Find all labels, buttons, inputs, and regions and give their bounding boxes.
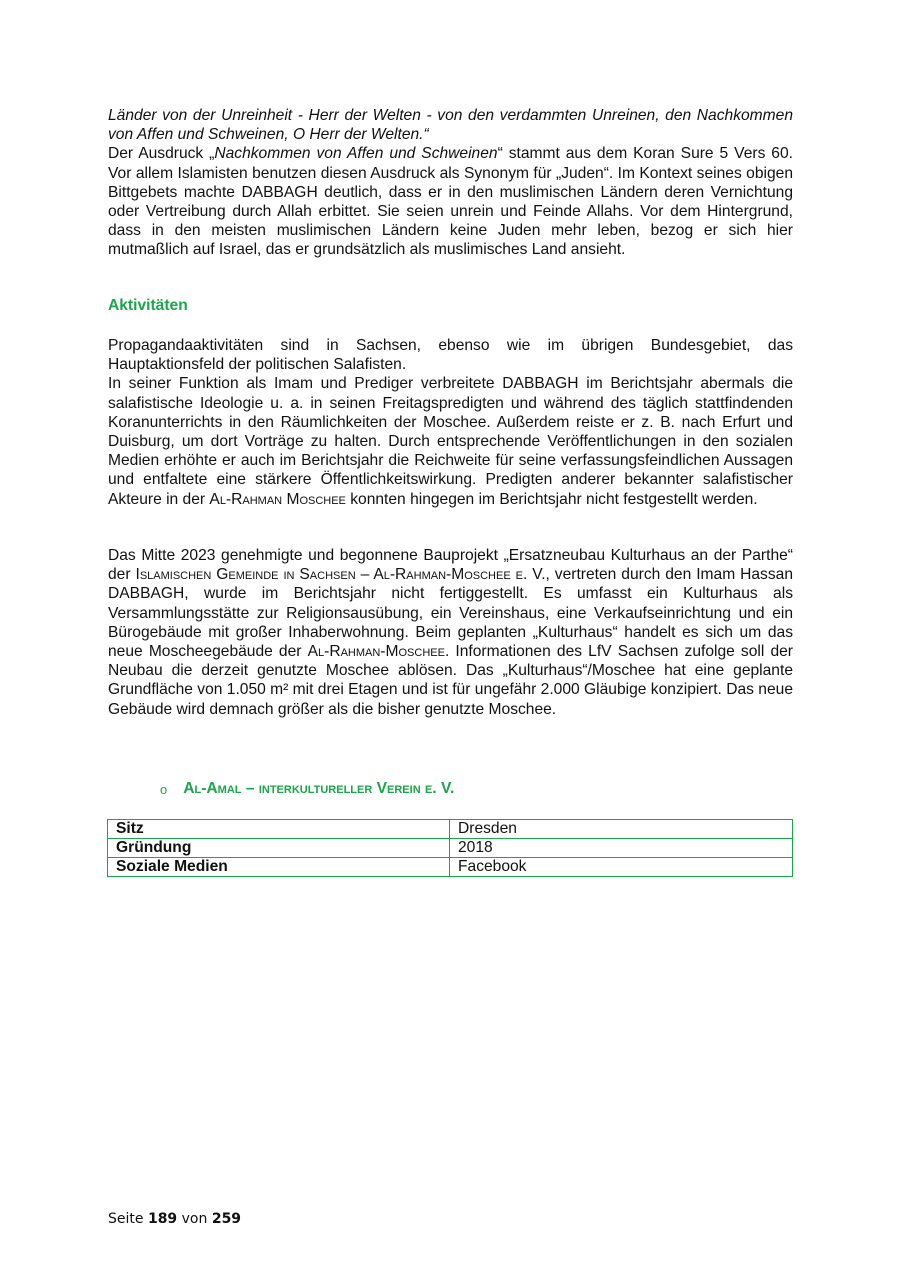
activities-paragraph-2: In seiner Funktion als Imam und Prediger… xyxy=(108,374,793,508)
activities-paragraph-1: Propagandaaktivitäten sind in Sachsen, e… xyxy=(108,336,793,374)
page-number: 189 xyxy=(148,1211,177,1227)
page-footer: Seite 189 von 259 xyxy=(108,1211,241,1227)
italic-term: Nachkommen von Affen und Schweinen xyxy=(214,145,497,162)
page-total: 259 xyxy=(212,1211,241,1227)
quote-text: Länder von der Unreinheit - Herr der Wel… xyxy=(108,106,793,144)
info-table: Sitz Dresden Gründung 2018 Soziale Medie… xyxy=(107,819,793,877)
subsection-title: Al-Amal – interkultureller Verein e. V. xyxy=(183,780,454,798)
page-label: Seite xyxy=(108,1211,144,1227)
table-value: Dresden xyxy=(450,820,793,839)
org-name: Al-Rahman-Moschee xyxy=(308,643,445,660)
table-row: Soziale Medien Facebook xyxy=(108,858,793,877)
text-span: Der Ausdruck „ xyxy=(108,145,214,162)
construction-block: Das Mitte 2023 genehmigte und begonnene … xyxy=(108,546,793,719)
activities-block: Propagandaaktivitäten sind in Sachsen, e… xyxy=(108,336,793,509)
org-name: Islamischen Gemeinde in Sachsen – Al-Rah… xyxy=(135,566,527,583)
intro-paragraph: Der Ausdruck „Nachkommen von Affen und S… xyxy=(108,144,793,259)
intro-block: Länder von der Unreinheit - Herr der Wel… xyxy=(108,106,793,260)
text-span: konnten hingegen im Berichtsjahr nicht f… xyxy=(346,491,758,508)
bullet-icon: o xyxy=(160,782,167,797)
table-value: Facebook xyxy=(450,858,793,877)
table-row: Sitz Dresden xyxy=(108,820,793,839)
org-name: Al-Rahman Moschee xyxy=(209,491,345,508)
text-span: In seiner Funktion als Imam und Prediger… xyxy=(108,375,793,507)
table-row: Gründung 2018 xyxy=(108,839,793,858)
page-of-label: von xyxy=(182,1211,208,1227)
table-value: 2018 xyxy=(450,839,793,858)
subsection-heading: o Al-Amal – interkultureller Verein e. V… xyxy=(160,780,454,798)
table-key: Gründung xyxy=(108,839,450,858)
section-heading: Aktivitäten xyxy=(108,297,188,315)
table-key: Soziale Medien xyxy=(108,858,450,877)
construction-paragraph: Das Mitte 2023 genehmigte und begonnene … xyxy=(108,546,793,719)
table-key: Sitz xyxy=(108,820,450,839)
